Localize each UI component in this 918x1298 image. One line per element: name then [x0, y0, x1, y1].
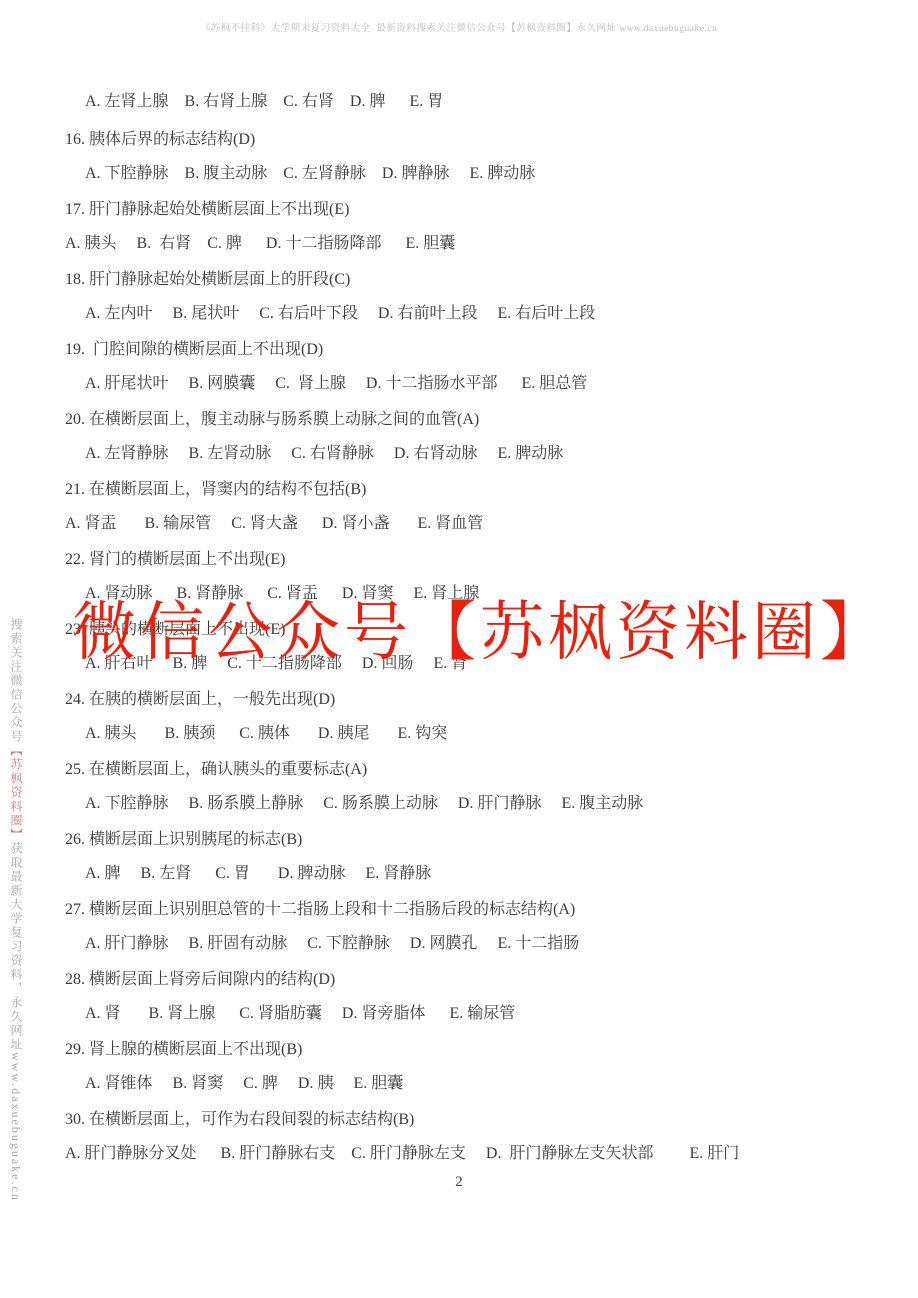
- page-number: 2: [0, 1174, 918, 1191]
- text-line: A. 左肾静脉 B. 左肾动脉 C. 右肾静脉 D. 右肾动脉 E. 脾动脉: [85, 444, 563, 464]
- text-line: 26. 横断层面上识别胰尾的标志(B): [65, 830, 302, 850]
- text-line: 17. 肝门静脉起始处横断层面上不出现(E): [65, 200, 349, 220]
- red-watermark-text: 微信公众号【苏枫资料圈】: [72, 598, 888, 668]
- text-line: 16. 胰体后界的标志结构(D): [65, 130, 255, 150]
- text-line: A. 左肾上腺 B. 右肾上腺 C. 右肾 D. 脾 E. 胃: [85, 92, 443, 112]
- text-line: A. 肾锥体 B. 肾窦 C. 脾 D. 胰 E. 胆囊: [85, 1074, 403, 1094]
- text-line: A. 脾 B. 左肾 C. 胃 D. 脾动脉 E. 肾静脉: [85, 864, 431, 884]
- text-line: 24. 在胰的横断层面上，一般先出现(D): [65, 690, 335, 710]
- text-line: A. 肾 B. 肾上腺 C. 肾脂肪囊 D. 肾旁脂体 E. 输尿管: [85, 1004, 515, 1024]
- text-line: 20. 在横断层面上，腹主动脉与肠系膜上动脉之间的血管(A): [65, 410, 479, 430]
- text-line: A. 肾盂 B. 输尿管 C. 肾大盏 D. 肾小盏 E. 肾血管: [65, 514, 483, 534]
- text-line: 18. 肝门静脉起始处横断层面上的肝段(C): [65, 270, 350, 290]
- text-line: A. 左内叶 B. 尾状叶 C. 右后叶下段 D. 右前叶上段 E. 右后叶上段: [85, 304, 595, 324]
- text-line: 27. 横断层面上识别胆总管的十二指肠上段和十二指肠后段的标志结构(A): [65, 900, 575, 920]
- text-line: 19. 门腔间隙的横断层面上不出现(D): [65, 340, 323, 360]
- text-line: A. 肝门静脉 B. 肝固有动脉 C. 下腔静脉 D. 网膜孔 E. 十二指肠: [85, 934, 579, 954]
- text-line: 21. 在横断层面上，肾窦内的结构不包括(B): [65, 480, 366, 500]
- text-line: A. 下腔静脉 B. 肠系膜上静脉 C. 肠系膜上动脉 D. 肝门静脉 E. 腹…: [85, 794, 643, 814]
- text-line: 25. 在横断层面上，确认胰头的重要标志(A): [65, 760, 367, 780]
- text-line: 30. 在横断层面上，可作为右段间裂的标志结构(B): [65, 1110, 414, 1130]
- text-line: 29. 肾上腺的横断层面上不出现(B): [65, 1040, 302, 1060]
- text-line: A. 肝尾状叶 B. 网膜囊 C. 肾上腺 D. 十二指肠水平部 E. 胆总管: [85, 374, 587, 394]
- text-line: 22. 肾门的横断层面上不出现(E): [65, 550, 285, 570]
- text-line: A. 肝门静脉分叉处 B. 肝门静脉右支 C. 肝门静脉左支 D. 肝门静脉左支…: [65, 1144, 739, 1164]
- text-line: A. 胰头 B. 右肾 C. 脾 D. 十二指肠降部 E. 胆囊: [65, 234, 455, 254]
- text-line: A. 胰头 B. 胰颈 C. 胰体 D. 胰尾 E. 钩突: [85, 724, 447, 744]
- document-page: 《苏枫不挂科》大学期末复习资料大全 最新资料搜索关注微信公众号【苏枫资料圈】永久…: [0, 0, 918, 1298]
- text-line: 28. 横断层面上肾旁后间隙内的结构(D): [65, 970, 335, 990]
- text-line: A. 下腔静脉 B. 腹主动脉 C. 左肾静脉 D. 脾静脉 E. 脾动脉: [85, 164, 535, 184]
